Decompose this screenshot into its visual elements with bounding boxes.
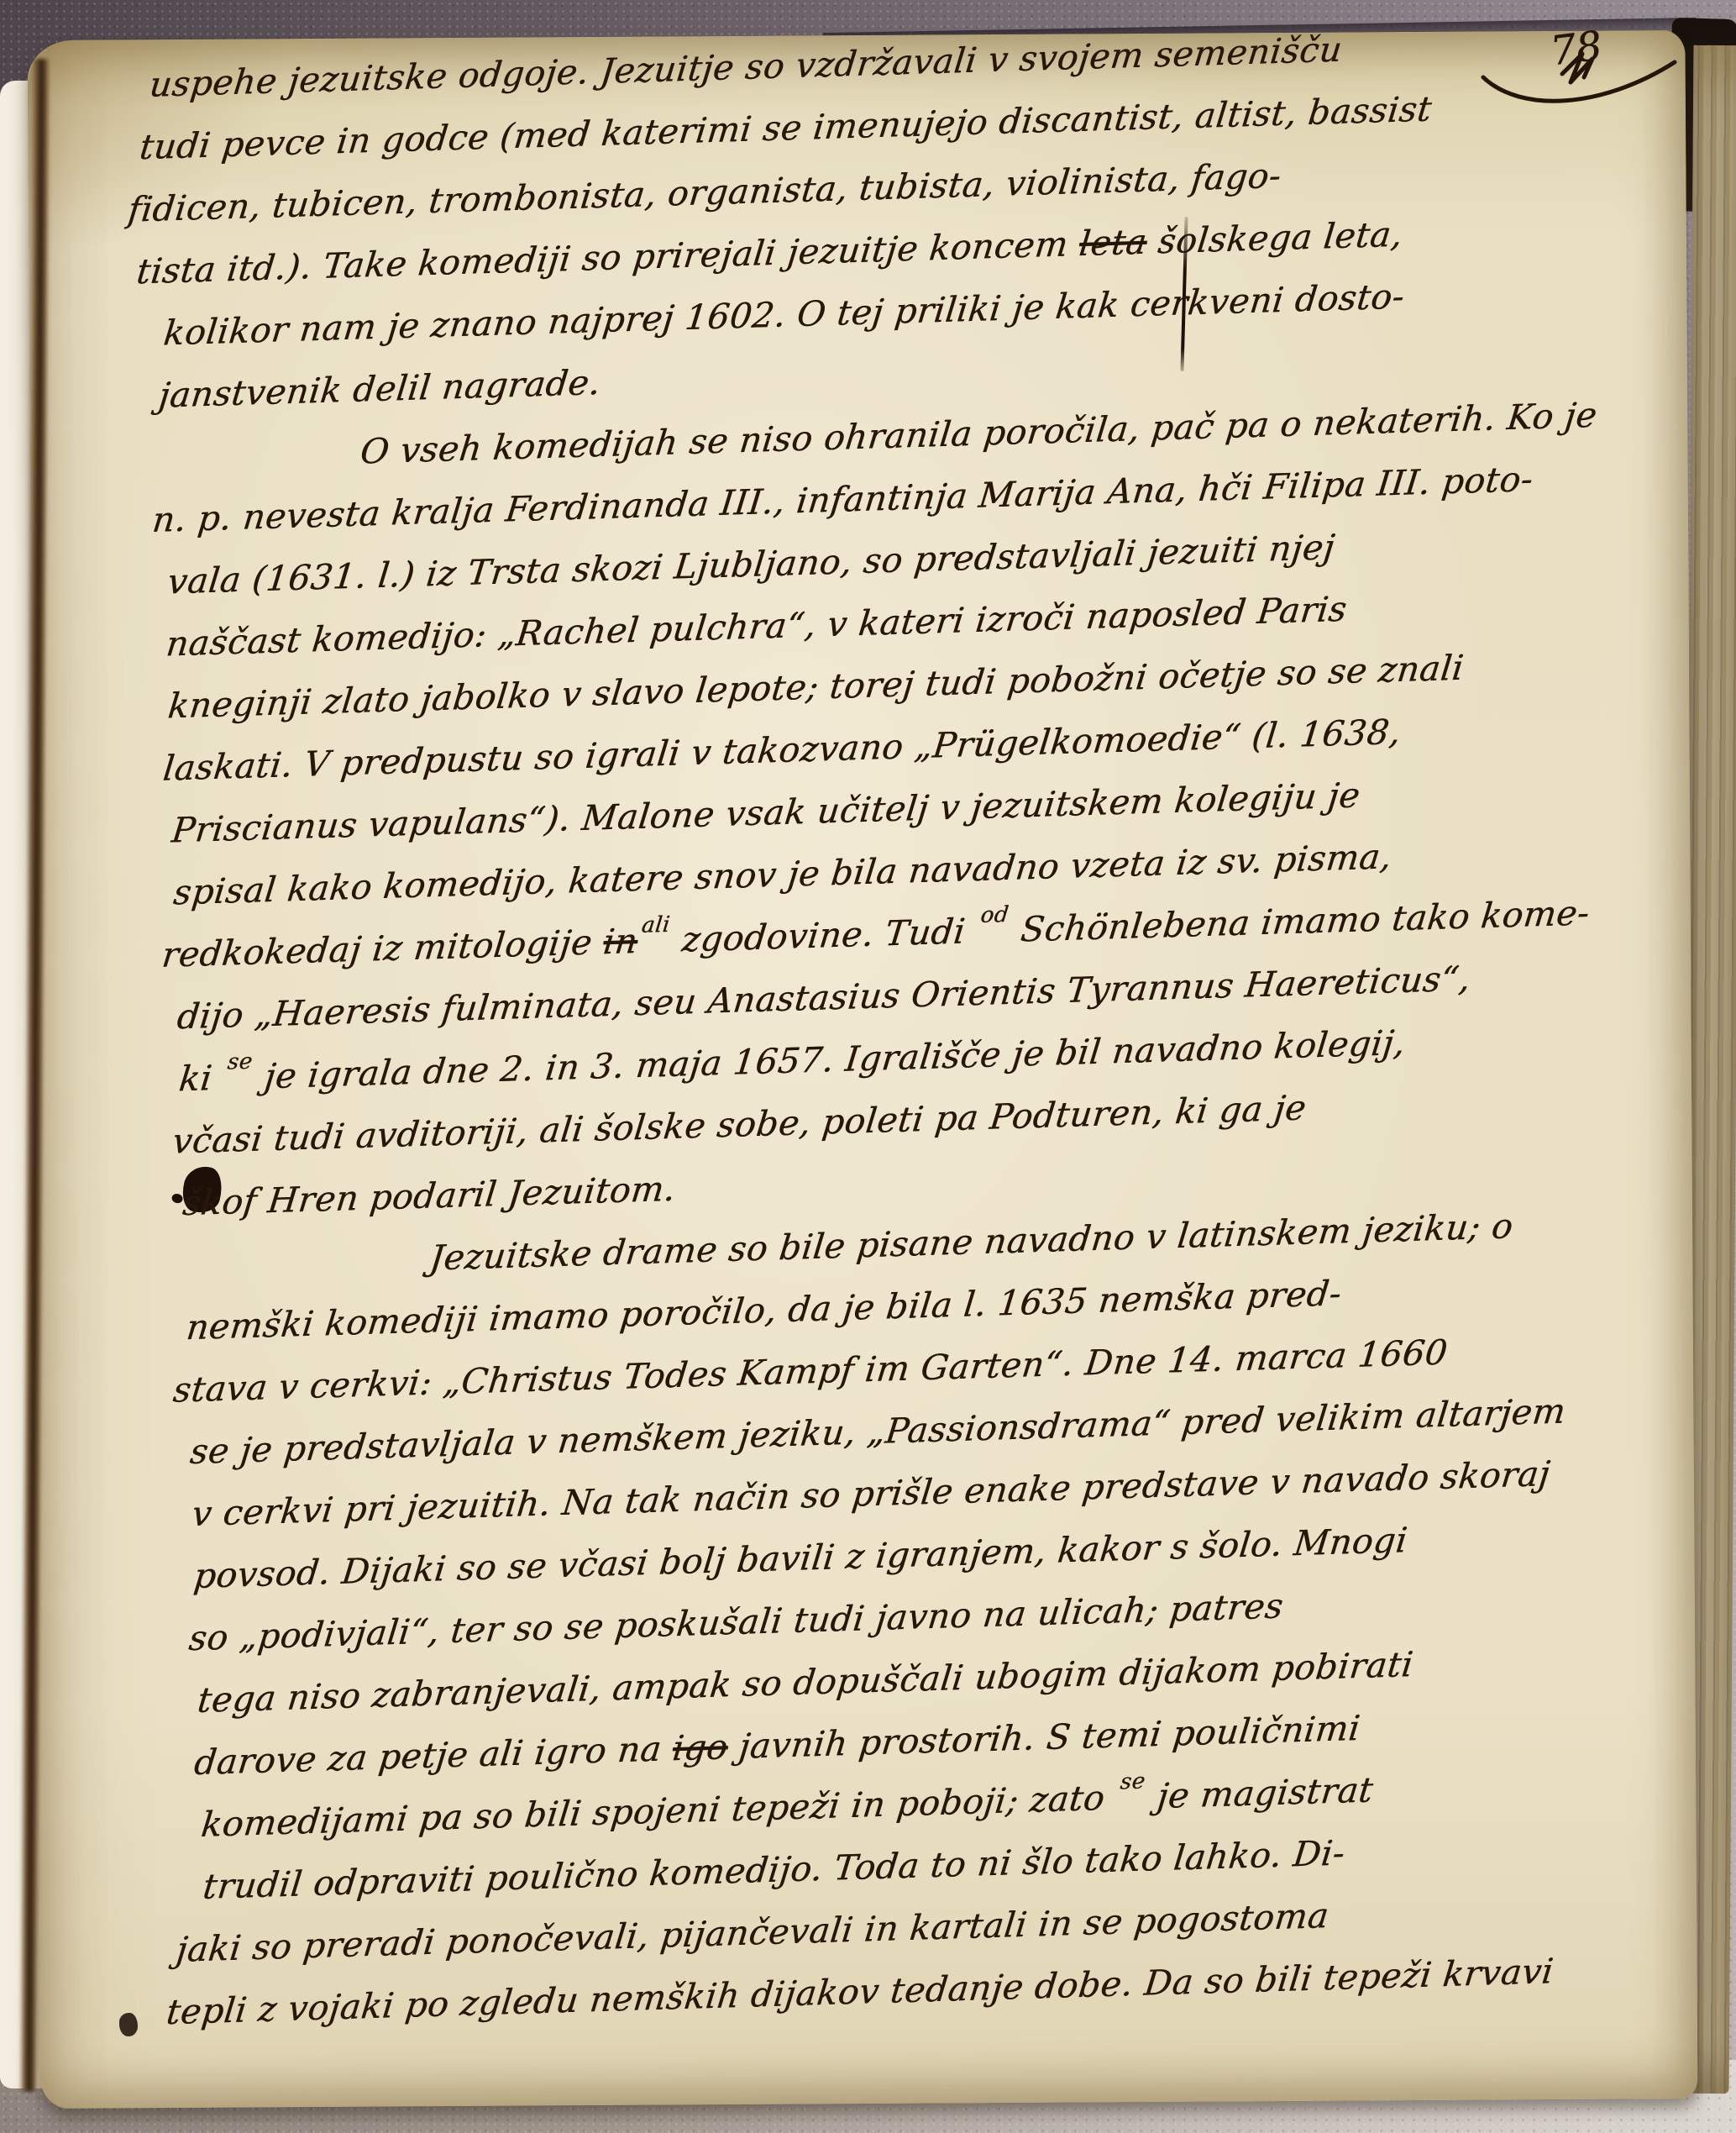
- strikethrough-word: igo: [670, 1726, 730, 1768]
- strikethrough-word: leta: [1078, 222, 1150, 265]
- line-text: ki: [177, 1058, 226, 1100]
- line-text: redkokedaj iz mitologije: [160, 922, 606, 975]
- ink-smudge: [119, 2013, 138, 2036]
- superscript-insertion: ali: [638, 894, 674, 957]
- line-text: šolskega leta,: [1145, 214, 1405, 262]
- line-text: Schönlebena imamo tako kome-: [1007, 892, 1592, 950]
- line-text: zgodovine. Tudi: [669, 911, 978, 960]
- line-text: darove za petje ali igro na: [192, 1728, 675, 1783]
- superscript-insertion: od: [978, 884, 1012, 947]
- manuscript-photo: 78 uspehe jezuitske odgoje. Jezuitje so …: [0, 0, 1736, 2133]
- manuscript-text: uspehe jezuitske odgoje. Jezuitje so vzd…: [144, 9, 1714, 2042]
- line-text: javnih prostorih. S temi pouličnimi: [726, 1708, 1362, 1768]
- strikethrough-word: in: [601, 921, 640, 962]
- line-text: je magistrat: [1144, 1769, 1375, 1816]
